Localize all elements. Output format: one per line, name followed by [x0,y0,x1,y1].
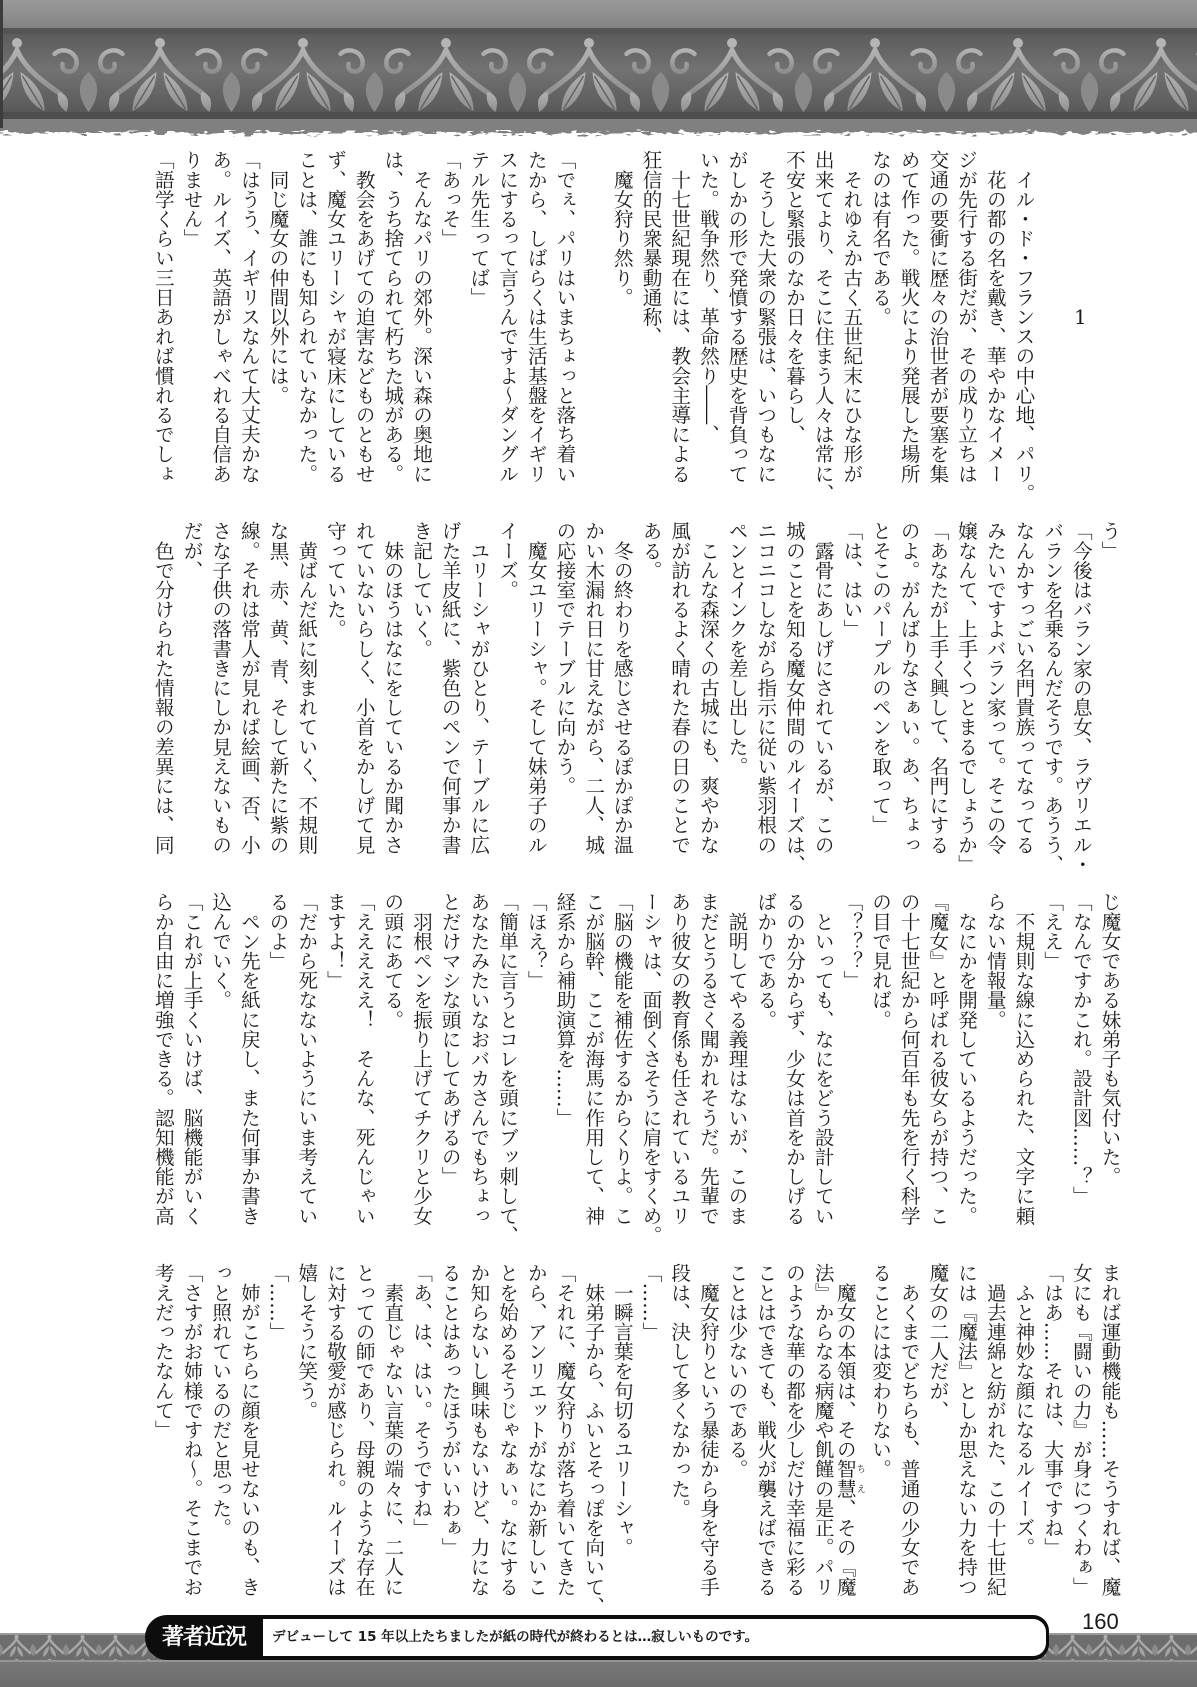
text-line: 込んでいく。 [205,892,234,1225]
text-line: 「それに、魔女狩りが落ち着いてきた [549,1263,578,1596]
text-line: 「あ、は、はい。そうですね」 [406,1263,435,1596]
scene-break-column [578,150,607,483]
text-line: じ魔女である妹弟子も気付いた。 [1094,892,1123,1225]
text-line: れていないらしく、小首をかしげて見 [348,521,377,854]
text-segment: 、その『魔 [833,1498,856,1596]
text-line: ーシャは、面倒くさそうに肩をすくめ。 [635,892,664,1225]
text-line: たから、しばらくは生活基盤をイギリ [521,150,550,483]
text-line: ますよ！」 [320,892,349,1225]
text-line: なのは有名である。 [865,150,894,483]
text-line: ふと神妙な顔になるルイーズ。 [1008,1263,1037,1596]
text-line: は、うち捨てられて朽ちた城がある。 [377,150,406,483]
text-line: 出来てより、そこに住まう人々は常に、 [807,150,836,483]
text-line: こが脳幹、ここが海馬に作用して、神 [578,892,607,1225]
text-line: るのよ」 [262,892,291,1225]
text-line: 一瞬言葉を句切るユリーシャ。 [607,1263,636,1596]
text-line: るのか分からず、少女は首をかしげる [779,892,808,1225]
text-line: 露骨にあしげにされているが、この [807,521,836,854]
text-line: 魔女の二人だが、 [922,1263,951,1596]
text-line: 過去連綿と紡がれた、この十七世紀 [980,1263,1009,1596]
text-line: 嬢なんて、上手くつとまるでしょうか」 [951,521,980,854]
text-line: らない情報量。 [980,892,1009,1225]
text-line: あ。ルイズ、英語がしゃべれる自信あ [205,150,234,483]
text-line: に対する敬愛が感じられ。ルイーズは [320,1263,349,1596]
text-line: ことはできても、戦火が襲えばできる [750,1263,779,1596]
text-line: 妹弟子から、ふいとそっぽを向いて、 [578,1263,607,1596]
text-line: ことは、誰にも知られていなかった。 [291,150,320,483]
text-line: ばかりである。 [750,892,779,1225]
ruby-annotation: 智慧ちえ [833,1459,856,1498]
text-line: の目で見れば。 [865,892,894,1225]
text-line: ユリーシャがひとり、テーブルに広 [463,521,492,854]
text-line: テル先生ってば」 [463,150,492,483]
text-line: な黒、赤、黄、青、そして新たに紫の [262,521,291,854]
text-line: あなたみたいなおバカさんでもちょっ [463,892,492,1225]
text-line: 「これが上手くいけば、脳機能がいく [176,892,205,1225]
text-line: めて作った。戦火により発展した場所 [894,150,923,483]
text-line: がしかの形で発憤する歴史を背負って [721,150,750,483]
author-note-label: 著者近況 [145,1615,263,1660]
text-line: か知らないし興味もないけど、力にな [463,1263,492,1596]
text-tier-3: じ魔女である妹弟子も気付いた。 「なんですかこれ。設計図……？」 「ええ」 不規… [147,892,1123,1237]
text-line: らか自由に増強できる。認知機能が高 [148,892,177,1225]
text-line: 『魔女』と呼ばれる彼女らが持つ、こ [922,892,951,1225]
text-line: とを始めるそうじゃなぁい。なにする [492,1263,521,1596]
text-line: 「さすがお姉様ですね～。そこまでお [176,1263,205,1596]
text-line: 法』からなる病魔や飢饉の是正。パリ [807,1263,836,1596]
text-line: 黄ばんだ紙に刻まれていく、不規則 [291,521,320,854]
text-line: 「ええ」 [1037,892,1066,1225]
text-line: それゆえか古く五世紀末にひな形が [836,150,865,483]
text-line: あり彼女の教育係も任されているユリ [664,892,693,1225]
text-line: の十七世紀から何百年も先を行く科学 [894,892,923,1225]
text-line: 考えだったなんて」 [148,1263,177,1596]
text-line: 「はあ……それは、大事ですね」 [1037,1263,1066,1596]
text-line: そうした大衆の緊張は、いつもなに [750,150,779,483]
text-line: 冬の終わりを感じさせるぽかぽか温 [607,521,636,854]
text-line: 「ほえ？」 [521,892,550,1225]
text-line: 「脳の機能を補佐するからくりよ。こ [607,892,636,1225]
chapter-number: 1 [1066,150,1095,483]
text-line: 妹のほうはなにをしているか聞かさ [377,521,406,854]
text-line: 同じ魔女の仲間以外には。 [262,150,291,483]
text-line: なにかを開発しているようだった。 [951,892,980,1225]
author-note-text-box: デビューして 15 年以上たちましたが紙の時代が終わるとは…寂しいものです。 [263,1619,1046,1656]
text-line: まだとうるさく聞かれそうだ。先輩で [693,892,722,1225]
text-line: なんかすっごい名門貴族ってなってる [1008,521,1037,854]
blank-column [1094,150,1123,483]
text-line: から、アンリエットがなにか新しいこ [521,1263,550,1596]
author-note-text: デビューして 15 年以上たちましたが紙の時代が終わるとは…寂しいものです。 [272,1629,758,1645]
text-line: みたいですよバラン家って。そこの令 [980,521,1009,854]
text-line: ある。 [635,521,664,854]
text-line: あくまでどちらも、普通の少女であ [894,1263,923,1596]
blank-column [1037,150,1066,483]
text-line: ず、魔女ユリーシャが寝床にしている [320,150,349,483]
text-line: 「今後はバラン家の息女、ラヴリエル・ [1066,521,1095,854]
text-line: の頭にあてる。 [377,892,406,1225]
text-tier-2: う」 「今後はバラン家の息女、ラヴリエル・ バランを名乗るんだそうです。あうう、… [147,521,1123,866]
text-line: には『魔法』としか思えない力を持つ [951,1263,980,1596]
text-line: 花の都の名を戴き、華やかなイメー [980,150,1009,483]
text-line: 魔女狩りという暴徒から身を守る手 [693,1263,722,1596]
text-line: 説明してやる義理はないが、このま [721,892,750,1225]
text-line: さな子供の落書きにしか見えないもの [205,521,234,854]
text-line: 「なんですかこれ。設計図……？」 [1066,892,1095,1225]
ruby-reading: ちえ [855,1459,865,1498]
text-line: 「……」 [635,1263,664,1596]
text-line: 「だから死なないようにいま考えてい [291,892,320,1225]
text-line: ることには変わりない。 [865,1263,894,1596]
page-number: 160 [1082,1609,1119,1635]
text-line: のような華の都を少しだけ幸福に彩る [779,1263,808,1596]
text-line: といっても、なにをどう設計してい [807,892,836,1225]
text-line: ペンとインクを差し出した。 [721,521,750,854]
text-line: かい木漏れ日に甘えながら、二人、城 [578,521,607,854]
text-line-with-ruby: 魔女の本領は、その智慧ちえ、その『魔 [836,1263,865,1596]
text-line: き記していく。 [406,521,435,854]
author-note-box: 著者近況 デビューして 15 年以上たちましたが紙の時代が終わるとは…寂しいもの… [145,1615,1049,1660]
text-line: だが、 [176,521,205,854]
text-line: りません」 [176,150,205,483]
text-line: 城のことを知る魔女仲間のルイーズは、 [779,521,808,854]
ruby-base: 智慧 [833,1459,856,1498]
text-line: 女にも『闘いの力』が身につくわぁ」 [1066,1263,1095,1596]
text-line: 「あっそ」 [435,150,464,483]
text-line: ることはあったほうがいいわぁ」 [435,1263,464,1596]
text-line: 「は、はい」 [836,521,865,854]
text-line: 不安と緊張のなか日々を暮らし、 [779,150,808,483]
text-line: 「でぇ、パリはいまちょっと落ち着い [549,150,578,483]
text-tier-1: 1 イル・ド・フランスの中心地、パリ。 花の都の名を戴き、華やかなイメー ジが先… [147,150,1123,495]
text-line: 素直じゃない言葉の端々に、二人に [377,1263,406,1596]
text-line: 魔女狩り然り。 [607,150,636,483]
text-line: の応接室でテーブルに向かう。 [549,521,578,854]
text-line: う」 [1094,521,1123,854]
text-line: とそこのパープルのペンを取って」 [865,521,894,854]
text-line: 交通の要衝に歴々の治世者が要塞を集 [922,150,951,483]
text-line: げた羊皮紙に、紫色のペンで何事か書 [435,521,464,854]
text-line: 「はうう、イギリスなんて大丈夫かな [234,150,263,483]
text-line: のよ。がんばりなさぁい。あ、ちょっ [894,521,923,854]
text-line: 十七世紀現在には、教会主導による [664,150,693,483]
text-line: ことは少ないのである。 [721,1263,750,1596]
header-ornament-frieze [0,0,1197,142]
text-line: イル・ド・フランスの中心地、パリ。 [1008,150,1037,483]
text-line: 羽根ペンを振り上げてチクリと少女 [406,892,435,1225]
text-line: そんなパリの郊外。深い森の奥地に [406,150,435,483]
text-line: 「簡単に言うとコレを頭にブッ刺して、 [492,892,521,1225]
text-line: いた。戦争然り、革命然り――、 [693,150,722,483]
text-line: まれば運動機能も……そうすれば、魔 [1094,1263,1123,1596]
text-line: ジが先行する街だが、その成り立ちは [951,150,980,483]
text-line: こんな森深くの古城にも、爽やかな [693,521,722,854]
text-line: ペン先を紙に戻し、また何事か書き [234,892,263,1225]
text-line: 教会をあげての迫害などものともせ [348,150,377,483]
text-line: 嬉しそうに笑う。 [291,1263,320,1596]
text-line: 経系から補助演算を……」 [549,892,578,1225]
text-line: とっての師であり、母親のような存在 [348,1263,377,1596]
text-line: 「……」 [262,1263,291,1596]
text-line: 「あなたが上手く興して、名門にする [922,521,951,854]
text-line: 「語学くらい三日あれば慣れるでしょ [148,150,177,483]
text-line: とだけマシな頭にしてあげるの」 [435,892,464,1225]
text-tier-4: まれば運動機能も……そうすれば、魔 女にも『闘いの力』が身につくわぁ」 「はあ…… [147,1263,1123,1608]
text-line: バランを名乗るんだそうです。あうう、 [1037,521,1066,854]
text-line: ニコニコしながら指示に従い紫羽根の [750,521,779,854]
text-line: 風が訪れるよく晴れた春の日のことで [664,521,693,854]
text-segment: 魔女の本領は、その [833,1263,856,1459]
text-line: 狂信的民衆暴動通称、 [635,150,664,483]
text-line: 守っていた。 [320,521,349,854]
text-line: 色で分けられた情報の差異には、同 [148,521,177,854]
text-line: 線。それは常人が見れば絵画、否、小 [234,521,263,854]
text-line: 姉がこちらに顔を見せないのも、き [234,1263,263,1596]
text-line: イーズ。 [492,521,521,854]
text-line: っと照れているのだと思った。 [205,1263,234,1596]
text-line: 「？？？」 [836,892,865,1225]
text-line: 段は、決して多くなかった。 [664,1263,693,1596]
text-line: 魔女ユリーシャ。そして妹弟子のル [521,521,550,854]
text-line: 不規則な線に込められた、文字に頼 [1008,892,1037,1225]
text-line: スにするって言うんですよ～ダングル [492,150,521,483]
text-line: 「えええええ！ そんな、死んじゃい [348,892,377,1225]
